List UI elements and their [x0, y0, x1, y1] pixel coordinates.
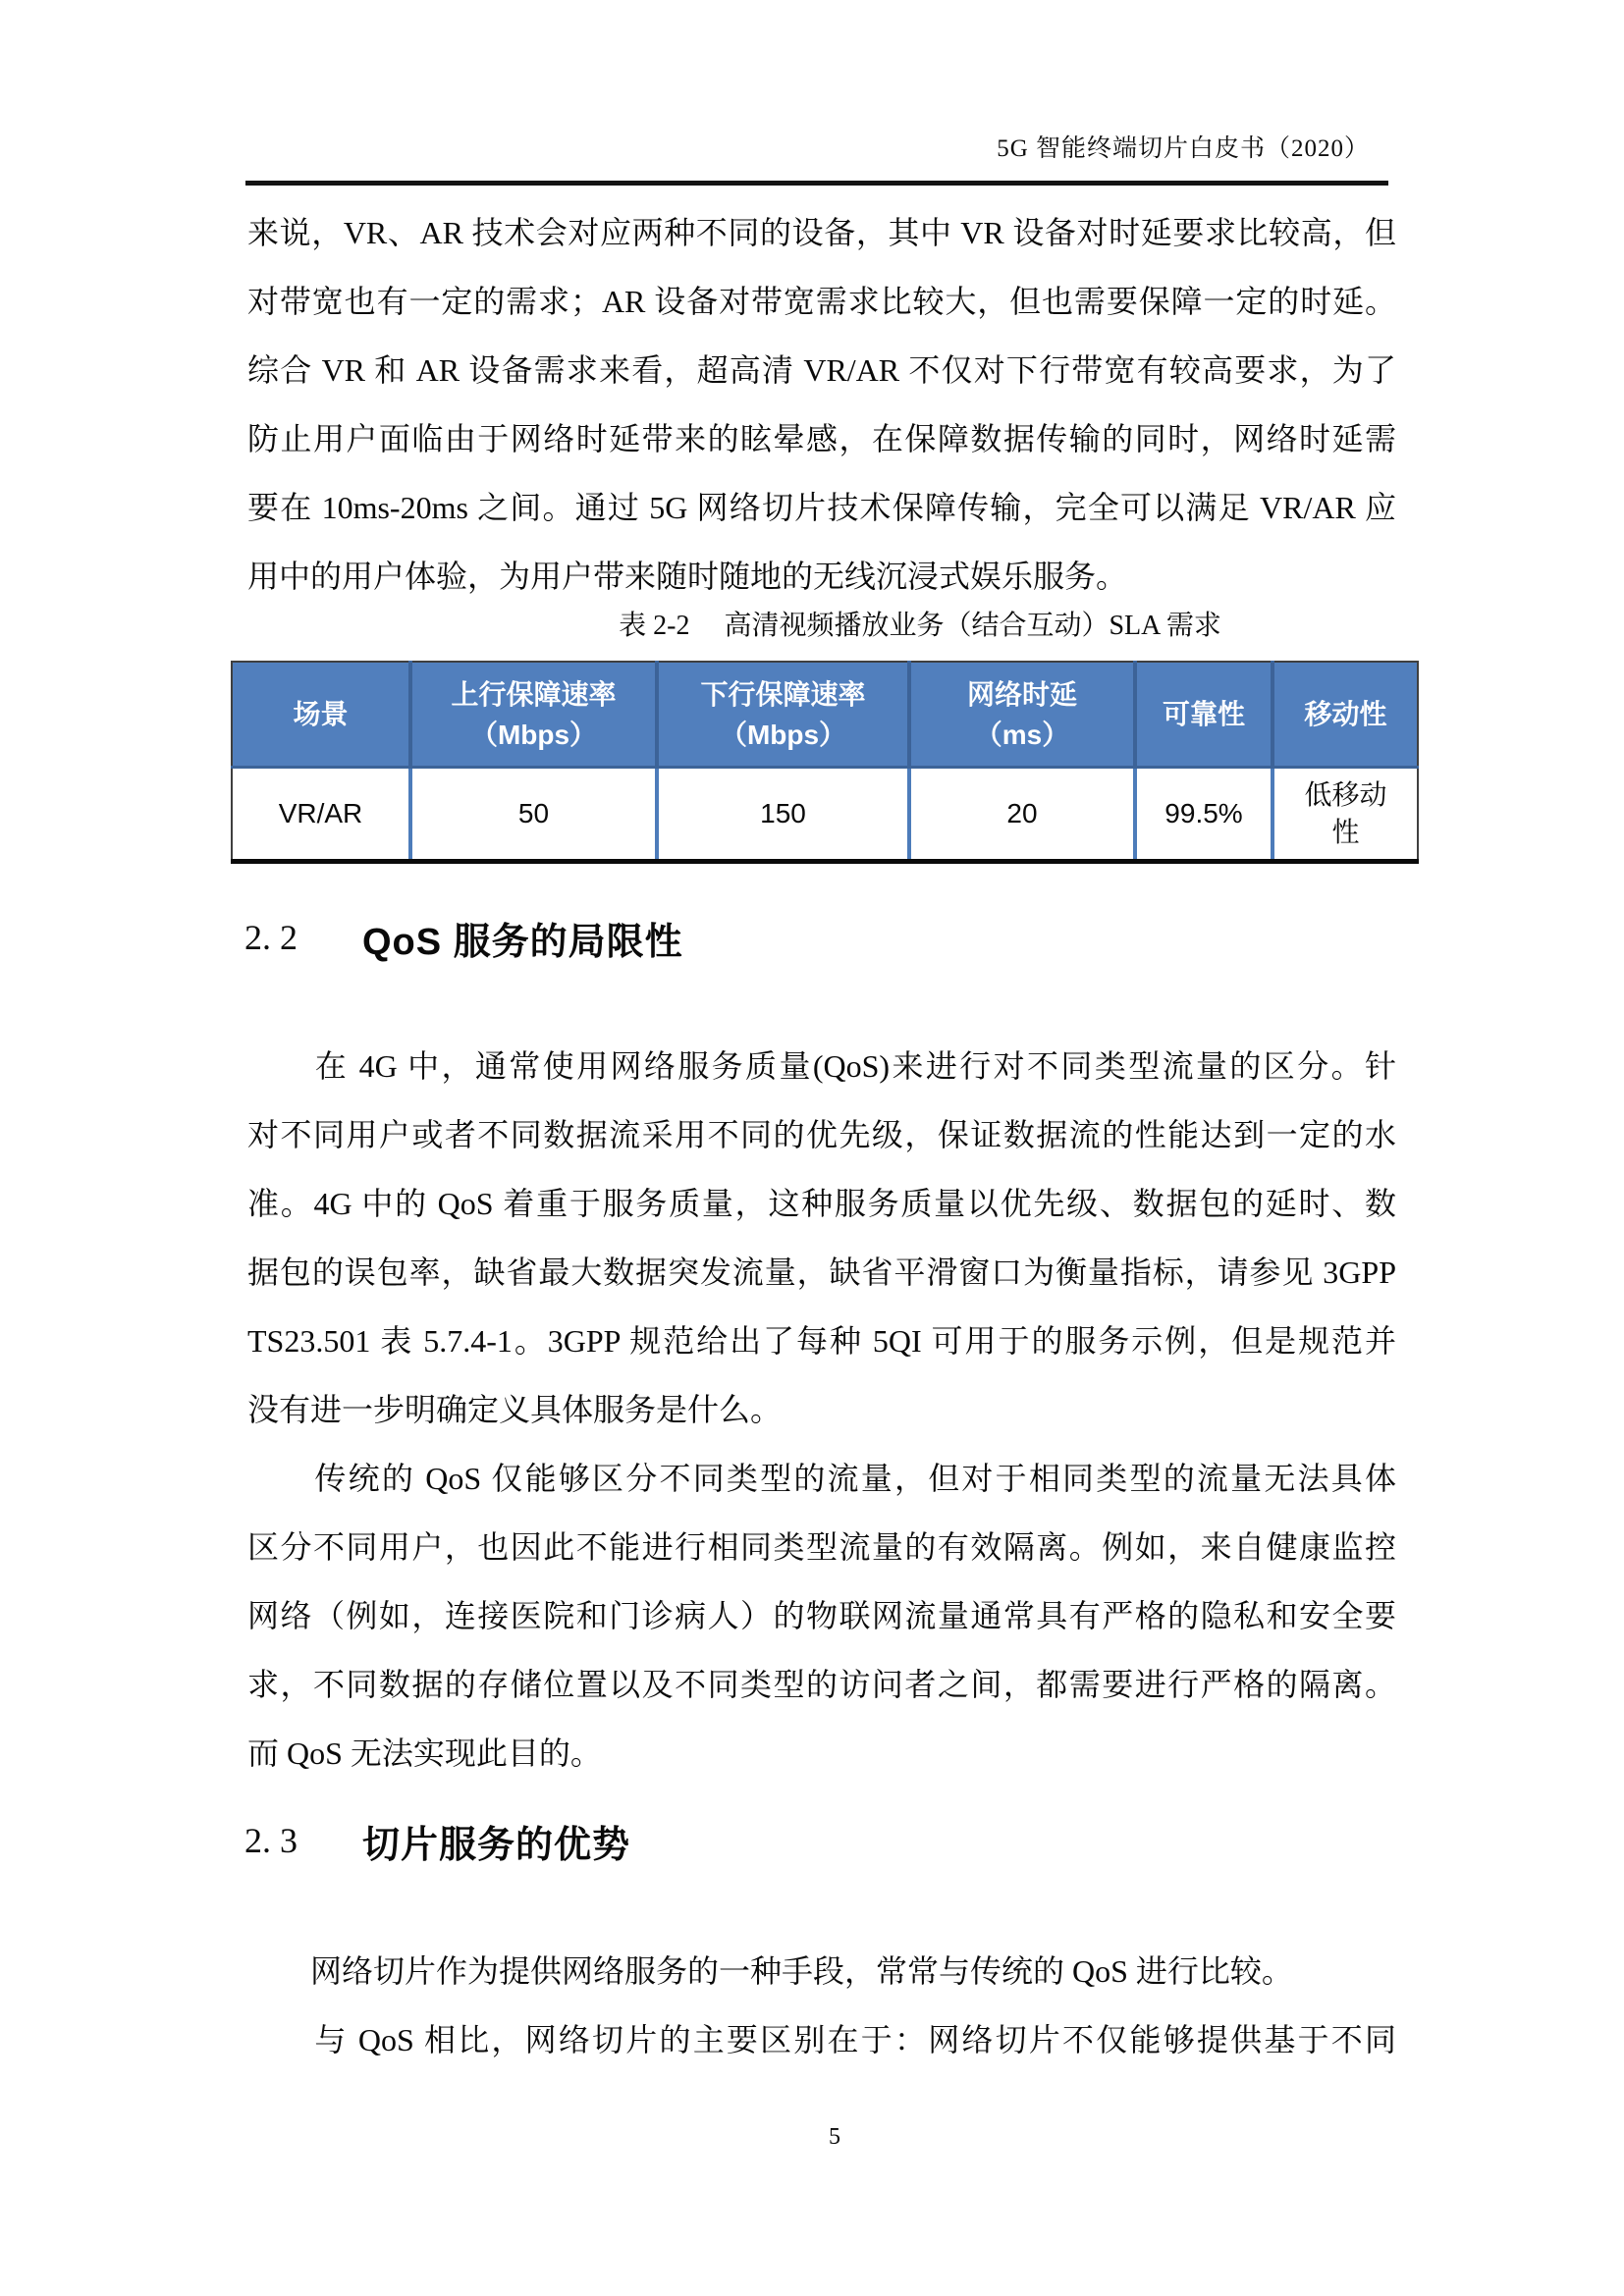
body-line: 对不同用户或者不同数据流采用不同的优先级，保证数据流的性能达到一定的水	[247, 1100, 1396, 1169]
body-line: TS23.501 表 5.7.4-1。3GPP 规范给出了每种 5QI 可用于的…	[247, 1307, 1396, 1375]
section-heading-2-3: 2. 3 切片服务的优势	[244, 1814, 630, 1867]
paragraph-4: 网络切片作为提供网络服务的一种手段，常常与传统的 QoS 进行比较。 与 QoS…	[247, 1937, 1396, 2074]
body-line: 没有进一步明确定义具体服务是什么。	[247, 1375, 1396, 1444]
body-line: 与 QoS 相比，网络切片的主要区别在于：网络切片不仅能够提供基于不同	[247, 2005, 1396, 2074]
cell-reliability: 99.5%	[1135, 768, 1272, 862]
cell-uplink-rate: 50	[410, 768, 657, 862]
body-line: 据包的误包率，缺省最大数据突发流量，缺省平滑窗口为衡量指标，请参见 3GPP	[247, 1238, 1396, 1307]
table-caption: 表 2-2 高清视频播放业务（结合互动）SLA 需求	[231, 601, 1417, 652]
cell-downlink-rate: 150	[657, 768, 909, 862]
cell-mobility: 低移动 性	[1272, 768, 1418, 862]
body-line: 而 QoS 无法实现此目的。	[247, 1719, 1396, 1788]
paragraph-2: 在 4G 中，通常使用网络服务质量(QoS)来进行对不同类型流量的区分。针 对不…	[247, 1032, 1396, 1444]
column-header-mobility: 移动性	[1272, 662, 1418, 768]
section-title: QoS 服务的局限性	[362, 911, 683, 965]
body-line: 区分不同用户，也因此不能进行相同类型流量的有效隔离。例如，来自健康监控	[247, 1513, 1396, 1581]
body-line: 求，不同数据的存储位置以及不同类型的访问者之间，都需要进行严格的隔离。	[247, 1650, 1396, 1719]
body-line: 网络（例如，连接医院和门诊病人）的物联网流量通常具有严格的隐私和安全要	[247, 1581, 1396, 1650]
cell-scene: VR/AR	[232, 768, 410, 862]
body-line: 传统的 QoS 仅能够区分不同类型的流量，但对于相同类型的流量无法具体	[247, 1444, 1396, 1513]
body-line: 来说，VR、AR 技术会对应两种不同的设备，其中 VR 设备对时延要求比较高，但	[247, 198, 1396, 267]
sla-table: 场景 上行保障速率 （Mbps） 下行保障速率 （Mbps） 网络时延 （ms）…	[231, 661, 1419, 864]
column-header-downlink-rate: 下行保障速率 （Mbps）	[657, 662, 909, 768]
section-heading-2-2: 2. 2 QoS 服务的局限性	[244, 911, 683, 964]
page-header-title: 5G 智能终端切片白皮书（2020）	[247, 128, 1370, 171]
body-line: 综合 VR 和 AR 设备需求来看，超高清 VR/AR 不仅对下行带宽有较高要求…	[247, 336, 1396, 404]
body-line: 网络切片作为提供网络服务的一种手段，常常与传统的 QoS 进行比较。	[247, 1937, 1396, 2005]
column-header-reliability: 可靠性	[1135, 662, 1272, 768]
body-line: 要在 10ms-20ms 之间。通过 5G 网络切片技术保障传输，完全可以满足 …	[247, 473, 1396, 542]
section-number: 2. 3	[244, 1820, 362, 1861]
body-line: 准。4G 中的 QoS 着重于服务质量，这种服务质量以优先级、数据包的延时、数	[247, 1169, 1396, 1238]
paragraph-1: 来说，VR、AR 技术会对应两种不同的设备，其中 VR 设备对时延要求比较高，但…	[247, 198, 1396, 611]
table-row: VR/AR 50 150 20 99.5% 低移动 性	[232, 768, 1418, 862]
section-number: 2. 2	[244, 917, 362, 958]
cell-latency: 20	[909, 768, 1135, 862]
body-line: 在 4G 中，通常使用网络服务质量(QoS)来进行对不同类型流量的区分。针	[247, 1032, 1396, 1100]
page-number: 5	[0, 2112, 1624, 2162]
document-page: 5G 智能终端切片白皮书（2020） 来说，VR、AR 技术会对应两种不同的设备…	[0, 0, 1624, 2296]
column-header-scene: 场景	[232, 662, 410, 768]
paragraph-3: 传统的 QoS 仅能够区分不同类型的流量，但对于相同类型的流量无法具体 区分不同…	[247, 1444, 1396, 1788]
sla-table-container: 场景 上行保障速率 （Mbps） 下行保障速率 （Mbps） 网络时延 （ms）…	[231, 661, 1417, 864]
column-header-uplink-rate: 上行保障速率 （Mbps）	[410, 662, 657, 768]
column-header-latency: 网络时延 （ms）	[909, 662, 1135, 768]
body-line: 对带宽也有一定的需求；AR 设备对带宽需求比较大，但也需要保障一定的时延。	[247, 267, 1396, 336]
table-header-row: 场景 上行保障速率 （Mbps） 下行保障速率 （Mbps） 网络时延 （ms）…	[232, 662, 1418, 768]
section-title: 切片服务的优势	[362, 1814, 630, 1868]
body-line: 防止用户面临由于网络时延带来的眩晕感，在保障数据传输的同时，网络时延需	[247, 404, 1396, 473]
header-rule	[245, 181, 1388, 186]
